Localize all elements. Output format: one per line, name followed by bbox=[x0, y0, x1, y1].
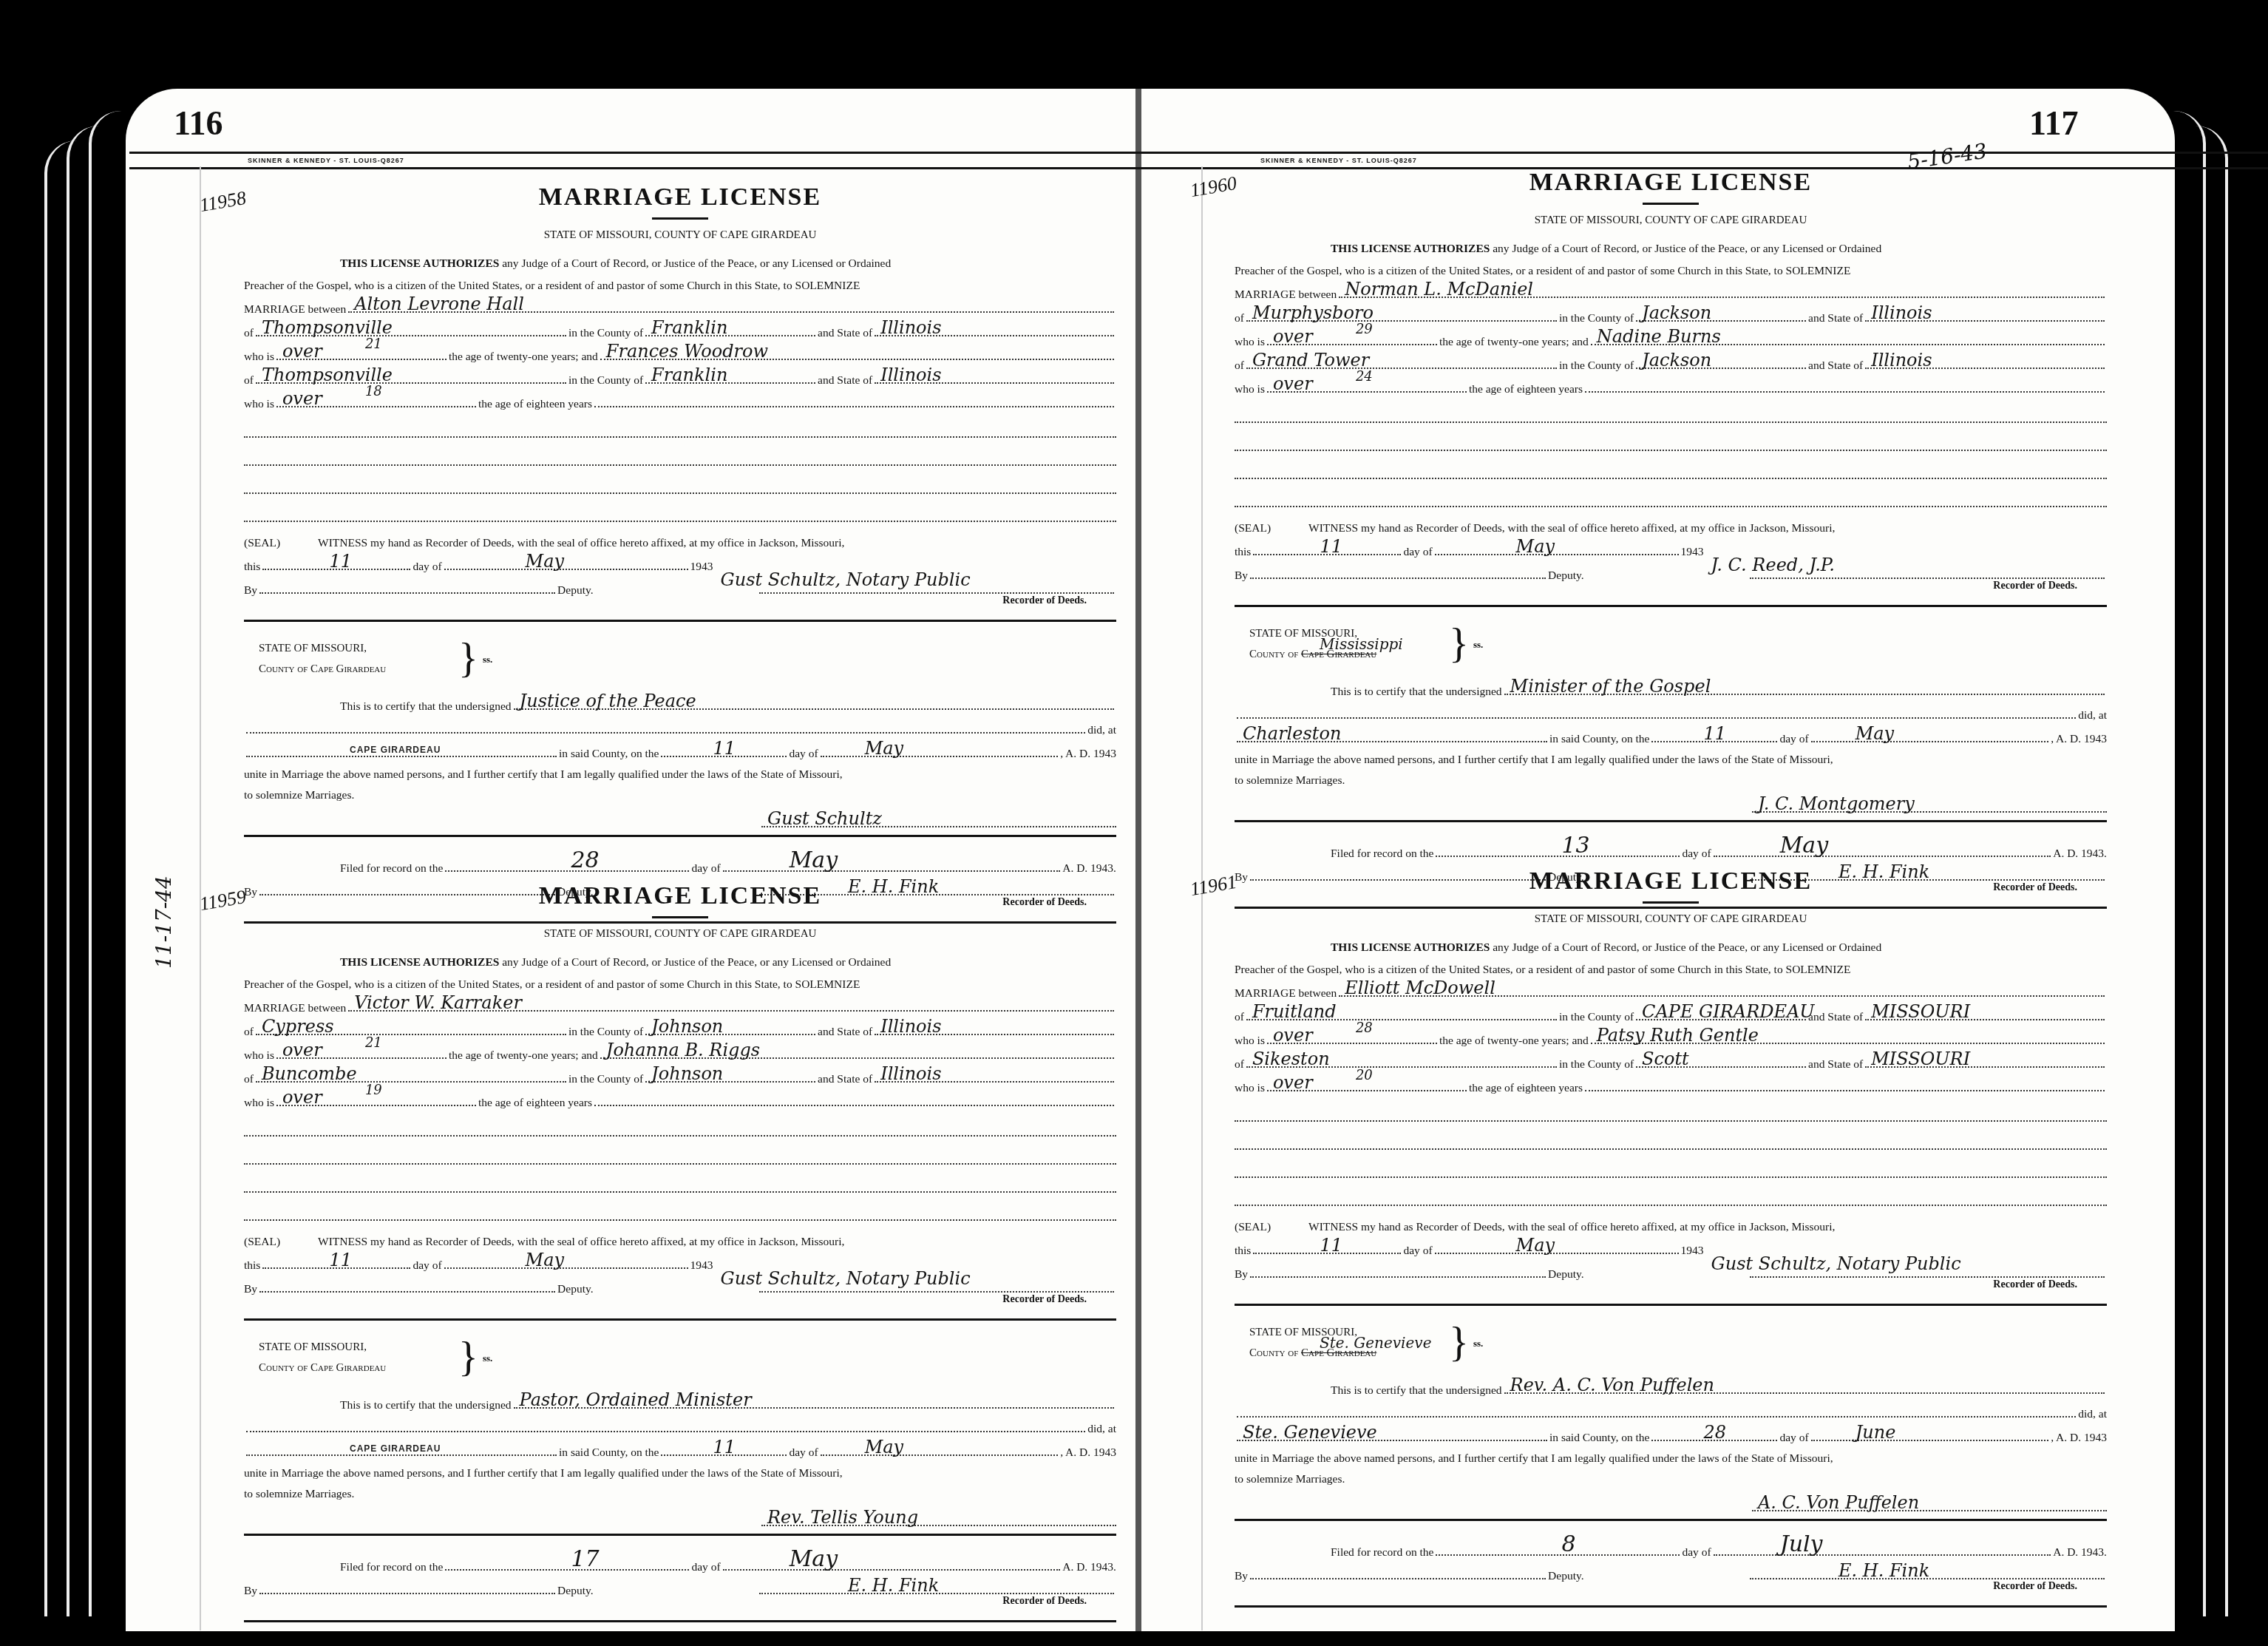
bride-name: Johanna B. Riggs bbox=[606, 1041, 760, 1059]
bride-age: 18 bbox=[365, 385, 382, 399]
section-rule bbox=[1235, 820, 2107, 822]
groom-residence-row: of Murphysboro in the County of Jackson … bbox=[1235, 300, 2107, 324]
groom-name-row: MARRIAGE between Victor W. Karraker bbox=[244, 990, 1116, 1014]
filed-row: Filed for record on the 17 day of May A.… bbox=[244, 1543, 1116, 1573]
filed-month: May bbox=[1780, 835, 1829, 857]
brace: } bbox=[1449, 1322, 1469, 1364]
issued-date-row: this 11 day of May 1943 Gust Schultz, No… bbox=[244, 549, 1116, 572]
state-line: STATE OF MISSOURI, COUNTY OF CAPE GIRARD… bbox=[1235, 914, 2107, 925]
bride-name: Patsy Ruth Gentle bbox=[1597, 1026, 1759, 1044]
married-day: 11 bbox=[713, 739, 736, 757]
page-number-right: 117 bbox=[2029, 104, 2078, 143]
filed-month: May bbox=[790, 850, 838, 872]
groom-age-row: who is over21 the age of twenty-one year… bbox=[244, 339, 1116, 362]
marriage-date-row: CAPE GIRARDEAU in said County, on the 11… bbox=[244, 1435, 1116, 1458]
issued-date-row: this 11 day of May 1943 Gust Schultz, No… bbox=[244, 1247, 1116, 1271]
page-number-left: 116 bbox=[174, 104, 223, 143]
groom-residence-row: of Cypress in the County of Johnson and … bbox=[244, 1014, 1116, 1037]
groom-town: Murphysboro bbox=[1252, 304, 1374, 322]
marriage-license: 11958 MARRIAGE LICENSE STATE OF MISSOURI… bbox=[244, 185, 1116, 931]
title-rule bbox=[652, 217, 708, 220]
officiant-signature: J. C. Montgomery bbox=[1758, 795, 1915, 813]
solemnize-line: to solemnize Marriages. bbox=[244, 1479, 1116, 1500]
officiant-row: This is to certify that the undersigned … bbox=[244, 688, 1116, 712]
did-at-row: did, at bbox=[1235, 697, 2107, 721]
blank-line bbox=[1235, 1122, 2107, 1150]
groom-town: Thompsonville bbox=[262, 319, 393, 336]
groom-county: CAPE GIRARDEAU bbox=[1642, 1003, 1814, 1020]
married-month: June bbox=[1856, 1423, 1896, 1441]
married-month: May bbox=[865, 739, 903, 757]
deputy-row: By Deputy. bbox=[1235, 558, 2107, 581]
recorder-of-deeds-label: Recorder of Deeds. bbox=[244, 596, 1116, 612]
section-rule bbox=[1235, 1519, 2107, 1521]
groom-state: MISSOURI bbox=[1871, 1003, 1970, 1020]
unite-line: unite in Marriage the above named person… bbox=[244, 1458, 1116, 1479]
blank-line bbox=[244, 1108, 1116, 1137]
preacher-line: Preacher of the Gospel, who is a citizen… bbox=[244, 968, 1116, 990]
witness-row: (SEAL) WITNESS my hand as Recorder of De… bbox=[244, 1221, 1116, 1247]
did-at-row: did, at bbox=[1235, 1396, 2107, 1420]
license-title: MARRIAGE LICENSE bbox=[1235, 170, 2107, 195]
bride-state: MISSOURI bbox=[1871, 1050, 1970, 1068]
did-at-row: did, at bbox=[244, 712, 1116, 736]
officiant-row: This is to certify that the undersigned … bbox=[1235, 674, 2107, 697]
groom-name: Alton Levrone Hall bbox=[354, 295, 524, 313]
license-title: MARRIAGE LICENSE bbox=[1235, 869, 2107, 894]
issued-day: 11 bbox=[329, 552, 352, 570]
groom-age-row: who is over21 the age of twenty-one year… bbox=[244, 1037, 1116, 1061]
section-rule bbox=[244, 835, 1116, 837]
bride-age-word: over bbox=[1273, 1074, 1313, 1091]
blank-line bbox=[244, 1165, 1116, 1193]
bride-age-row: who is over24 the age of eighteen years bbox=[1235, 371, 2107, 395]
officiant-signature: Gust Schultz bbox=[767, 810, 882, 827]
marriage-license: 11959 MARRIAGE LICENSE STATE OF MISSOURI… bbox=[244, 884, 1116, 1630]
bride-town: Buncombe bbox=[262, 1065, 357, 1083]
groom-town: Cypress bbox=[262, 1017, 334, 1035]
filed-month: May bbox=[790, 1548, 838, 1571]
bride-state: Illinois bbox=[880, 366, 941, 384]
deputy-row: By Deputy. bbox=[244, 572, 1116, 596]
preacher-line: Preacher of the Gospel, who is a citizen… bbox=[1235, 953, 2107, 975]
officiant-title: Pastor, Ordained Minister bbox=[520, 1391, 752, 1409]
authorizes-line: THIS LICENSE AUTHORIZES any Judge of a C… bbox=[1235, 934, 2107, 953]
married-day: 11 bbox=[1703, 725, 1726, 742]
filed-day: 8 bbox=[1561, 1534, 1575, 1556]
page-edges-right bbox=[2196, 126, 2228, 1616]
marriage-date-row: Ste. Genevieve in said County, on the 28… bbox=[1235, 1420, 2107, 1443]
brace: } bbox=[458, 1337, 478, 1378]
officiant-title: Rev. A. C. Von Puffelen bbox=[1510, 1376, 1714, 1394]
state-line: STATE OF MISSOURI, COUNTY OF CAPE GIRARD… bbox=[244, 929, 1116, 940]
groom-age-word: over bbox=[282, 342, 322, 360]
solemnize-line: to solemnize Marriages. bbox=[1235, 1464, 2107, 1485]
issued-day: 11 bbox=[1320, 538, 1342, 555]
title-rule bbox=[652, 916, 708, 918]
authorizes-line: THIS LICENSE AUTHORIZES any Judge of a C… bbox=[244, 250, 1116, 269]
printer-imprint-left: SKINNER & KENNEDY - ST. LOUIS-Q8267 bbox=[129, 152, 1253, 169]
blank-line bbox=[244, 1137, 1116, 1165]
witness-row: (SEAL) WITNESS my hand as Recorder of De… bbox=[1235, 1206, 2107, 1233]
page-edges-left bbox=[89, 111, 121, 1616]
section-rule bbox=[244, 1318, 1116, 1321]
married-month: May bbox=[865, 1438, 903, 1456]
bride-name: Nadine Burns bbox=[1597, 328, 1721, 345]
blank-line bbox=[244, 466, 1116, 494]
printer-imprint-right: SKINNER & KENNEDY - ST. LOUIS-Q8267 bbox=[1142, 152, 2268, 169]
filed-row: Filed for record on the 13 day of May A.… bbox=[1235, 830, 2107, 859]
bride-age-row: who is over19 the age of eighteen years bbox=[244, 1085, 1116, 1108]
filed-deputy-row: By Deputy. E. H. Fink bbox=[244, 1573, 1116, 1596]
cert-county: Ste. Genevieve bbox=[1320, 1332, 1431, 1353]
issued-month: May bbox=[1516, 1236, 1555, 1254]
title-rule bbox=[1643, 203, 1699, 205]
blank-line bbox=[244, 438, 1116, 466]
marriage-license: 11960 MARRIAGE LICENSE STATE OF MISSOURI… bbox=[1235, 170, 2107, 916]
bride-residence-row: of Sikeston in the County of Scott and S… bbox=[1235, 1046, 2107, 1070]
marriage-place: CAPE GIRARDEAU bbox=[350, 1444, 441, 1453]
blank-line bbox=[1235, 1150, 2107, 1178]
section-rule bbox=[244, 1620, 1116, 1622]
bride-age-row: who is over18 the age of eighteen years bbox=[244, 386, 1116, 410]
issued-day: 11 bbox=[329, 1251, 352, 1269]
title-rule bbox=[1643, 901, 1699, 904]
bride-town: Grand Tower bbox=[1252, 351, 1369, 369]
bride-age-word: over bbox=[282, 1088, 322, 1106]
bride-residence-row: of Grand Tower in the County of Jackson … bbox=[1235, 348, 2107, 371]
bride-county: Johnson bbox=[651, 1065, 723, 1083]
bride-residence-row: of Buncombe in the County of Johnson and… bbox=[244, 1061, 1116, 1085]
blank-line bbox=[1235, 1094, 2107, 1122]
issued-date-row: this 11 day of May 1943 Gust Schultz, No… bbox=[1235, 1233, 2107, 1256]
unite-line: unite in Marriage the above named person… bbox=[244, 759, 1116, 780]
book-gutter bbox=[1135, 89, 1141, 1631]
filed-signature: E. H. Fink bbox=[848, 1576, 939, 1594]
blank-line bbox=[1235, 423, 2107, 451]
blank-line bbox=[244, 410, 1116, 438]
bride-state: Illinois bbox=[1871, 351, 1932, 369]
venue-block: STATE OF MISSOURI, County of Cape Girard… bbox=[1235, 1313, 2107, 1372]
groom-county: Franklin bbox=[651, 319, 727, 336]
filed-day: 28 bbox=[571, 850, 599, 872]
officiant-title: Minister of the Gospel bbox=[1510, 677, 1711, 695]
blank-line bbox=[244, 1193, 1116, 1221]
bride-age-word: over bbox=[1273, 375, 1313, 393]
unite-line: unite in Marriage the above named person… bbox=[1235, 745, 2107, 765]
groom-name-row: MARRIAGE between Norman L. McDaniel bbox=[1235, 277, 2107, 300]
groom-state: Illinois bbox=[880, 319, 941, 336]
groom-residence-row: of Thompsonville in the County of Frankl… bbox=[244, 315, 1116, 339]
bride-county: Franklin bbox=[651, 366, 727, 384]
cert-county: Mississippi bbox=[1320, 634, 1403, 654]
filed-month: July bbox=[1780, 1534, 1823, 1556]
bride-name: Frances Woodrow bbox=[606, 342, 768, 360]
groom-age: 28 bbox=[1356, 1022, 1373, 1035]
bride-town: Thompsonville bbox=[262, 366, 393, 384]
blank-line bbox=[1235, 451, 2107, 479]
married-day: 11 bbox=[713, 1438, 736, 1456]
filed-row: Filed for record on the 8 day of July A.… bbox=[1235, 1528, 2107, 1558]
bride-residence-row: of Thompsonville in the County of Frankl… bbox=[244, 362, 1116, 386]
section-rule bbox=[244, 1534, 1116, 1536]
recorder-of-deeds-label: Recorder of Deeds. bbox=[1235, 1582, 2107, 1598]
officiant-signature: A. C. Von Puffelen bbox=[1758, 1494, 1919, 1511]
blank-line bbox=[1235, 479, 2107, 507]
filed-signature: E. H. Fink bbox=[1838, 1562, 1929, 1579]
printed-county: Cape Girardeau bbox=[310, 1362, 386, 1374]
groom-age: 29 bbox=[1356, 323, 1373, 336]
groom-town: Fruitland bbox=[1252, 1003, 1337, 1020]
groom-age: 21 bbox=[365, 338, 382, 351]
bride-county: Scott bbox=[1642, 1050, 1689, 1068]
state-line: STATE OF MISSOURI, COUNTY OF CAPE GIRARD… bbox=[244, 230, 1116, 241]
unite-line: unite in Marriage the above named person… bbox=[1235, 1443, 2107, 1464]
groom-name-row: MARRIAGE between Elliott McDowell bbox=[1235, 975, 2107, 999]
bride-age-row: who is over20 the age of eighteen years bbox=[1235, 1070, 2107, 1094]
groom-age-word: over bbox=[1273, 1026, 1313, 1044]
officiant-row: This is to certify that the undersigned … bbox=[244, 1387, 1116, 1411]
groom-age-word: over bbox=[282, 1041, 322, 1059]
license-title: MARRIAGE LICENSE bbox=[244, 884, 1116, 909]
solemnize-line: to solemnize Marriages. bbox=[244, 780, 1116, 801]
margin-vertical-note: 11-17-44 bbox=[152, 876, 176, 969]
blank-line bbox=[1235, 1178, 2107, 1206]
marriage-place: CAPE GIRARDEAU bbox=[350, 745, 441, 754]
groom-residence-row: of Fruitland in the County of CAPE GIRAR… bbox=[1235, 999, 2107, 1023]
preacher-line: Preacher of the Gospel, who is a citizen… bbox=[244, 269, 1116, 291]
issued-date-row: this 11 day of May 1943 J. C. Reed, J.P. bbox=[1235, 534, 2107, 558]
witness-row: (SEAL) WITNESS my hand as Recorder of De… bbox=[1235, 507, 2107, 534]
recorder-of-deeds-label: Recorder of Deeds. bbox=[1235, 581, 2107, 597]
recorder-of-deeds-label: Recorder of Deeds. bbox=[244, 1596, 1116, 1613]
section-rule bbox=[1235, 605, 2107, 607]
recorder-of-deeds-label: Recorder of Deeds. bbox=[1235, 1280, 2107, 1296]
groom-age-row: who is over29 the age of twenty-one year… bbox=[1235, 324, 2107, 348]
filed-day: 13 bbox=[1561, 835, 1589, 857]
printed-county: Cape Girardeau bbox=[310, 663, 386, 675]
groom-age-row: who is over28 the age of twenty-one year… bbox=[1235, 1023, 2107, 1046]
issued-month: May bbox=[526, 1251, 564, 1269]
section-rule bbox=[1235, 1605, 2107, 1608]
issued-month: May bbox=[526, 552, 564, 570]
marriage-date-row: CAPE GIRARDEAU in said County, on the 11… bbox=[244, 736, 1116, 759]
bride-age-word: over bbox=[282, 390, 322, 407]
marriage-date-row: Charleston in said County, on the 11 day… bbox=[1235, 721, 2107, 745]
marriage-license: 11961 MARRIAGE LICENSE STATE OF MISSOURI… bbox=[1235, 869, 2107, 1615]
recorder-of-deeds-label: Recorder of Deeds. bbox=[244, 1295, 1116, 1311]
marriage-place: Charleston bbox=[1243, 725, 1341, 742]
officiant-signature: Rev. Tellis Young bbox=[767, 1508, 918, 1526]
issued-month: May bbox=[1516, 538, 1555, 555]
witness-row: (SEAL) WITNESS my hand as Recorder of De… bbox=[244, 522, 1116, 549]
authorizes-line: THIS LICENSE AUTHORIZES any Judge of a C… bbox=[244, 949, 1116, 968]
bride-age: 19 bbox=[365, 1084, 382, 1097]
issued-day: 11 bbox=[1320, 1236, 1342, 1254]
license-title: MARRIAGE LICENSE bbox=[244, 185, 1116, 210]
groom-county: Johnson bbox=[651, 1017, 723, 1035]
section-rule bbox=[244, 620, 1116, 622]
authorizes-line: THIS LICENSE AUTHORIZES any Judge of a C… bbox=[1235, 235, 2107, 254]
blank-line bbox=[1235, 395, 2107, 423]
filed-row: Filed for record on the 28 day of May A.… bbox=[244, 844, 1116, 874]
deputy-row: By Deputy. bbox=[244, 1271, 1116, 1295]
filed-day: 17 bbox=[571, 1548, 599, 1571]
filed-deputy-row: By Deputy. E. H. Fink bbox=[1235, 1558, 2107, 1582]
bride-town: Sikeston bbox=[1252, 1050, 1330, 1068]
brace: } bbox=[458, 638, 478, 680]
bride-age: 24 bbox=[1356, 370, 1373, 384]
bride-state: Illinois bbox=[880, 1065, 941, 1083]
preacher-line: Preacher of the Gospel, who is a citizen… bbox=[1235, 254, 2107, 277]
groom-name: Norman L. McDaniel bbox=[1345, 280, 1533, 298]
married-day: 28 bbox=[1703, 1423, 1726, 1441]
blank-line bbox=[244, 494, 1116, 522]
solemnize-line: to solemnize Marriages. bbox=[1235, 765, 2107, 786]
officiant-row: This is to certify that the undersigned … bbox=[1235, 1372, 2107, 1396]
groom-name: Victor W. Karraker bbox=[354, 994, 522, 1012]
marriage-place: Ste. Genevieve bbox=[1243, 1423, 1377, 1441]
venue-block: STATE OF MISSOURI, County of Cape Girard… bbox=[244, 1328, 1116, 1387]
state-line: STATE OF MISSOURI, COUNTY OF CAPE GIRARD… bbox=[1235, 215, 2107, 226]
brace: } bbox=[1449, 623, 1469, 665]
deputy-row: By Deputy. bbox=[1235, 1256, 2107, 1280]
venue-block: STATE OF MISSOURI, County of Cape Girard… bbox=[1235, 614, 2107, 674]
groom-age-word: over bbox=[1273, 328, 1313, 345]
groom-state: Illinois bbox=[880, 1017, 941, 1035]
did-at-row: did, at bbox=[244, 1411, 1116, 1435]
section-rule bbox=[1235, 1304, 2107, 1306]
groom-age: 21 bbox=[365, 1037, 382, 1050]
groom-name-row: MARRIAGE between Alton Levrone Hall bbox=[244, 291, 1116, 315]
groom-state: Illinois bbox=[1871, 304, 1932, 322]
bride-age: 20 bbox=[1356, 1069, 1373, 1083]
groom-county: Jackson bbox=[1642, 304, 1711, 322]
bride-county: Jackson bbox=[1642, 351, 1711, 369]
married-month: May bbox=[1856, 725, 1894, 742]
venue-block: STATE OF MISSOURI, County of Cape Girard… bbox=[244, 629, 1116, 688]
groom-name: Elliott McDowell bbox=[1345, 979, 1495, 997]
officiant-title: Justice of the Peace bbox=[520, 692, 696, 710]
